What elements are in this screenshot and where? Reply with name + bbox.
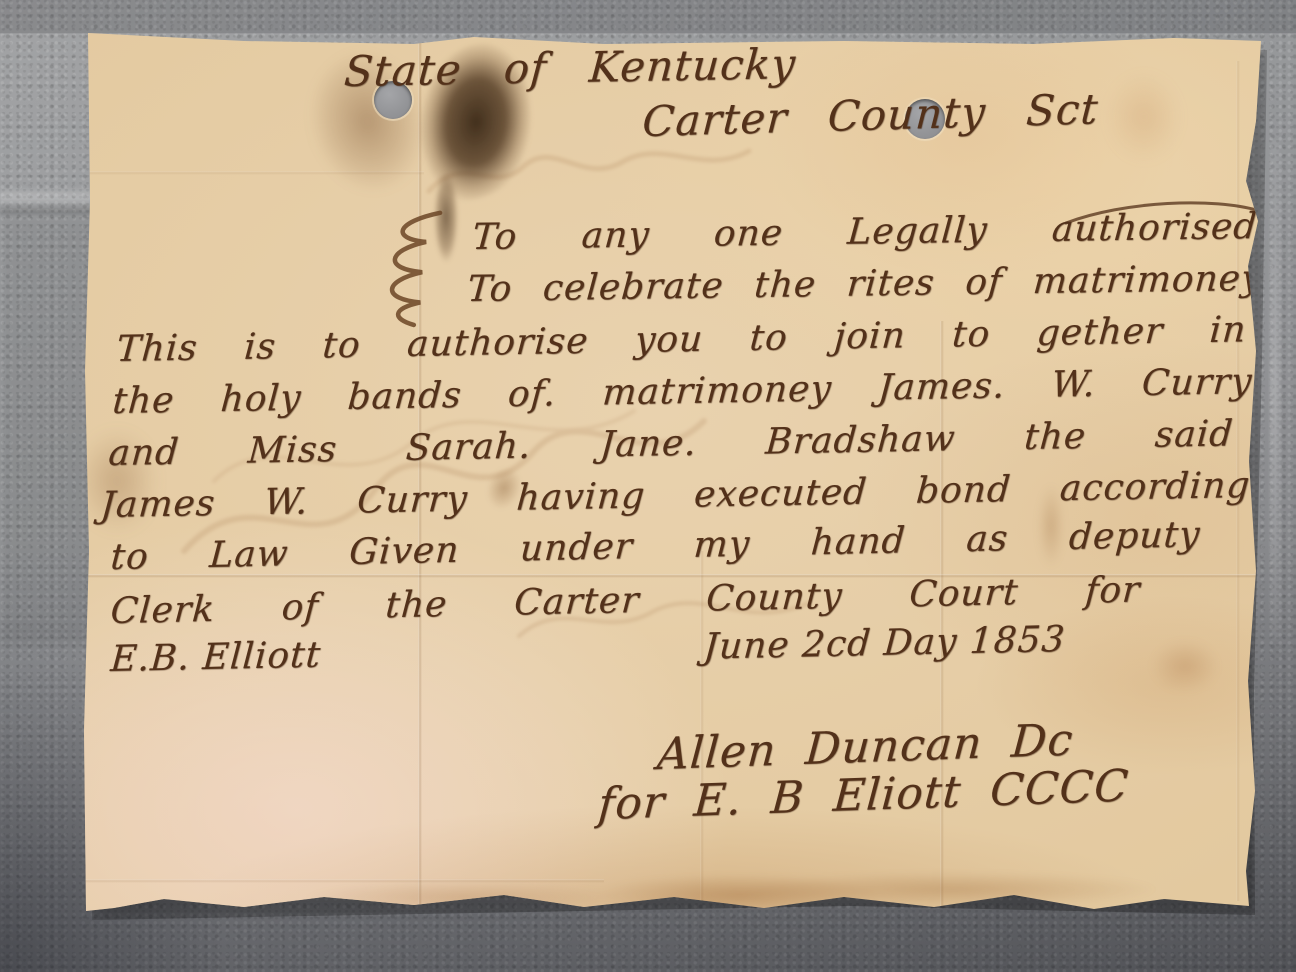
clerk-name: E.B. Elliott bbox=[109, 635, 322, 680]
paper-document: State of Kentucky Carter County Sct To a… bbox=[84, 31, 1264, 915]
header-state-line: State of Kentucky bbox=[343, 39, 798, 96]
photo-of-document: State of Kentucky Carter County Sct To a… bbox=[0, 0, 1296, 972]
background-top-strip bbox=[0, 0, 1296, 34]
date-text: June 2cd Day 1853 bbox=[702, 619, 1066, 668]
